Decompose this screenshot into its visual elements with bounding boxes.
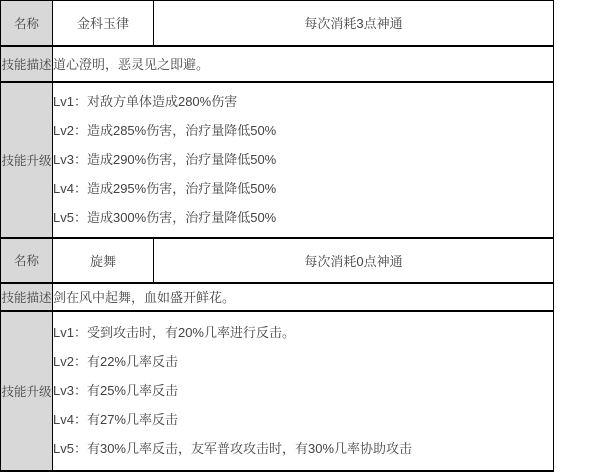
skill2-level-4: Lv4：有27%几率反击	[53, 405, 553, 434]
skill2-description-label: 技能描述	[1, 283, 53, 311]
skill2-upgrade-label: 技能升级	[1, 311, 53, 471]
skill2-cost-value: 每次消耗0点神通	[154, 238, 554, 283]
skill2-description-row: 技能描述 剑在风中起舞，血如盛开鲜花。	[1, 283, 554, 311]
skill2-level-2: Lv2：有22%几率反击	[53, 347, 553, 376]
skill2-name-row: 名称 旋舞 每次消耗0点神通	[1, 238, 554, 283]
skill1-description-label: 技能描述	[1, 46, 53, 82]
skill1-upgrade-row: 技能升级 Lv1：对敌方单体造成280%伤害 Lv2：造成285%伤害，治疗量降…	[1, 82, 554, 238]
skill2-level-3: Lv3：有25%几率反击	[53, 376, 553, 405]
skill1-cost-value: 每次消耗3点神通	[154, 1, 554, 46]
skill1-level-2: Lv2：造成285%伤害，治疗量降低50%	[53, 116, 553, 145]
skill1-level-4: Lv4：造成295%伤害，治疗量降低50%	[53, 174, 553, 203]
skill-info-table: 名称 金科玉律 每次消耗3点神通 技能描述 道心澄明，恶灵见之即避。 技能升级 …	[0, 0, 554, 472]
skill1-description-value: 道心澄明，恶灵见之即避。	[53, 46, 554, 82]
skill2-level-5: Lv5：有30%几率反击，友军普攻攻击时，有30%几率协助攻击	[53, 434, 553, 463]
skill2-upgrade-levels: Lv1：受到攻击时，有20%几率进行反击。 Lv2：有22%几率反击 Lv3：有…	[53, 311, 554, 471]
skill2-level-1: Lv1：受到攻击时，有20%几率进行反击。	[53, 318, 553, 347]
skill1-level-5: Lv5：造成300%伤害，治疗量降低50%	[53, 203, 553, 232]
skill1-upgrade-label: 技能升级	[1, 82, 53, 238]
skill1-name-row: 名称 金科玉律 每次消耗3点神通	[1, 1, 554, 46]
skill2-name-value: 旋舞	[53, 238, 154, 283]
skill1-upgrade-levels: Lv1：对敌方单体造成280%伤害 Lv2：造成285%伤害，治疗量降低50% …	[53, 82, 554, 238]
skill1-description-row: 技能描述 道心澄明，恶灵见之即避。	[1, 46, 554, 82]
skill1-name-label: 名称	[1, 1, 53, 46]
skill1-level-1: Lv1：对敌方单体造成280%伤害	[53, 87, 553, 116]
skill1-name-value: 金科玉律	[53, 1, 154, 46]
skill2-description-value: 剑在风中起舞，血如盛开鲜花。	[53, 283, 554, 311]
skill2-name-label: 名称	[1, 238, 53, 283]
skill2-upgrade-row: 技能升级 Lv1：受到攻击时，有20%几率进行反击。 Lv2：有22%几率反击 …	[1, 311, 554, 471]
skill1-level-3: Lv3：造成290%伤害，治疗量降低50%	[53, 145, 553, 174]
